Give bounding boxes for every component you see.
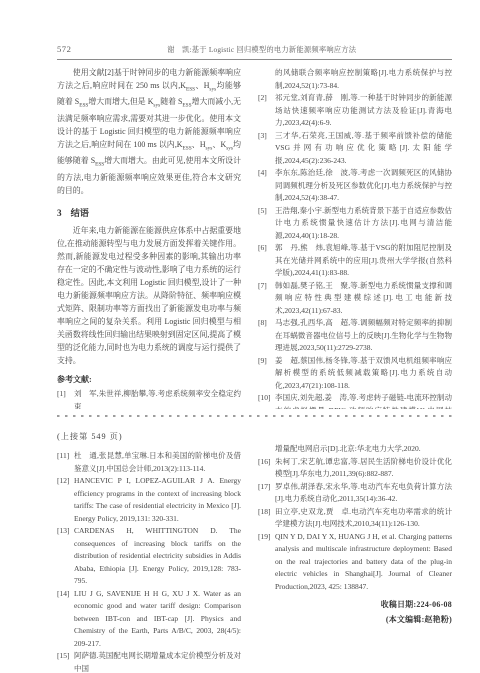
closing-paragraph: 使用文献[2]基于时钟同步的电力新能源频率响应方法之后,响应时间在 250 ms… (57, 67, 241, 197)
continued-from-note: (上接第 549 页) (57, 431, 241, 442)
reference-text: 马志强,孔西华,高 超,等.调频幅频对特定频率的抑制在耳蜗微音器电位信号上的反映… (275, 317, 452, 355)
reference-text: 郭 丹,熊 炜,袁旭峰,等.基于VSG的附加阻尼控制及其在光储并网系统中的应用[… (275, 242, 452, 280)
reference-item: [3] 三才华,石荣亮,王国威,等.基于频率前馈补偿的储能VSG并网有功响应优化… (258, 130, 452, 168)
reference-item: [19] QIN Y D, DAI Y X, HUANG J H, et al.… (258, 531, 452, 594)
reference-text: 三才华,石荣亮,王国威,等.基于频率前馈补偿的储能VSG并网有功响应优化策略[J… (275, 130, 452, 168)
continued-references-section: (上接第 549 页) [11] 杜 通,张昆慧,单宝琳.日本和美国的阶梯电价及… (57, 418, 452, 673)
reference-number: [14] (57, 588, 74, 651)
running-head: 572 谢 凯:基于 Logistic 回归模型的电力新能源频率响应方法 (57, 44, 452, 60)
reference-item: [16] 朱柯丁,宋艺航,谭忠富,等.居民生活阶梯电价设计优化模型[J].华东电… (258, 456, 452, 481)
reference-continuation: 的风储联合频率响应控制策略[J].电力系统保护与控制,2024,52(1):73… (258, 67, 452, 92)
reference-item: [2] 祁元堂,刘育青,薛 刚,等.一种基于时钟同步的新能源场站快速频率响应功能… (258, 92, 452, 130)
reference-text: LIU J G, SAVENIJE H H G, XU J X. Water a… (74, 588, 241, 651)
reference-text: 朱柯丁,宋艺航,谭忠富,等.居民生活阶梯电价设计优化模型[J].华东电力,201… (275, 456, 452, 481)
reference-item: [18] 田立亭,史双龙,贾 卓.电动汽车充电功率需求的统计学建模方法[J].电… (258, 506, 452, 531)
left-column-upper: 使用文献[2]基于时钟同步的电力新能源频率响应方法之后,响应时间在 250 ms… (57, 67, 241, 409)
reference-number: [16] (258, 456, 275, 481)
reference-number: [3] (258, 130, 275, 168)
reference-item: [9] 姜 超,蔡国伟,杨冬锋,等.基于双馈风电机组频率响应解析模型的系统低频减… (258, 355, 452, 393)
reference-number: [6] (258, 242, 275, 280)
reference-number: [18] (258, 506, 275, 531)
reference-text: 罗卓伟,胡泽春,宋永华,等.电动汽车充电负荷计算方法[J].电力系统自动化,20… (275, 481, 452, 506)
reference-text: 韩如磊,樊子铭,王 聚,等.新型电力系统惯量支撑和调频响应特性典型建模综述[J]… (275, 280, 452, 318)
reference-number: [13] (57, 525, 74, 588)
reference-number: [7] (258, 280, 275, 318)
reference-number: [12] (57, 475, 74, 525)
reference-item: [17] 罗卓伟,胡泽春,宋永华,等.电动汽车充电负荷计算方法[J].电力系统自… (258, 481, 452, 506)
reference-item: [6] 郭 丹,熊 炜,袁旭峰,等.基于VSG的附加阻尼控制及其在光储并网系统中… (258, 242, 452, 280)
reference-item: [12] HANCEVIC P I, LOPEZ-AGUILAR J A. En… (57, 475, 241, 525)
received-date: 收稿日期:224-06-08 (258, 598, 452, 613)
right-column-lower: 增量配电网启示[D].北京:华北电力大学,2020. [16] 朱柯丁,宋艺航,… (258, 429, 452, 673)
reference-text: 阿萨德.英国配电网长期增量成本定价模型分析及对中国 (74, 650, 241, 673)
reference-item: [11] 杜 通,张昆慧,单宝琳.日本和美国的阶梯电价及借鉴意义[J].中国总会… (57, 450, 241, 475)
reference-number: [5] (258, 205, 275, 243)
running-title: 谢 凯:基于 Logistic 回归模型的电力新能源频率响应方法 (71, 45, 452, 55)
article-end-section: 使用文献[2]基于时钟同步的电力新能源频率响应方法之后,响应时间在 250 ms… (57, 60, 452, 409)
reference-item: [8] 马志强,孔西华,高 超,等.调频幅频对特定频率的抑制在耳蜗微音器电位信号… (258, 317, 452, 355)
section-number: 3 (57, 208, 62, 218)
page-number: 572 (57, 44, 71, 54)
reference-item: [10] 李国庆,刘先超,姜 涛,等.考虑转子磁链-电流环控制动态的虚拟惯量 D… (258, 392, 452, 409)
conclusion-paragraph: 近年来,电力新能源在能源供应体系中占据重要地位,在推动能源转型与电力发展方面发挥… (57, 225, 241, 367)
reference-number: [4] (258, 167, 275, 205)
reference-text: CARDENAS H, WHITTINGTON D. The consequen… (74, 525, 241, 588)
reference-item: [14] LIU J G, SAVENIJE H H G, XU J X. Wa… (57, 588, 241, 651)
reference-number: [19] (258, 531, 275, 594)
reference-item: [15] 阿萨德.英国配电网长期增量成本定价模型分析及对中国 (57, 650, 241, 673)
right-column-upper: 的风储联合频率响应控制策略[J].电力系统保护与控制,2024,52(1):73… (258, 67, 452, 409)
reference-text: 刘 军,朱世祥,柳胎攀,等.考虑系统频率安全稳定约束 (74, 388, 241, 409)
editor-note: (本文编辑:赵艳粉) (258, 613, 452, 628)
section-title: 结语 (71, 205, 89, 219)
reference-number: [1] (57, 388, 74, 409)
reference-number: [8] (258, 317, 275, 355)
reference-text: 田立亭,史双龙,贾 卓.电动汽车充电功率需求的统计学建模方法[J].电网技术,2… (275, 506, 452, 531)
reference-item: [13] CARDENAS H, WHITTINGTON D. The cons… (57, 525, 241, 588)
references-label: 参考文献: (57, 374, 241, 385)
reference-number: [10] (258, 392, 275, 409)
paper-page: 572 谢 凯:基于 Logistic 回归模型的电力新能源频率响应方法 使用文… (0, 0, 480, 673)
left-column-lower: (上接第 549 页) [11] 杜 通,张昆慧,单宝琳.日本和美国的阶梯电价及… (57, 429, 241, 673)
reference-text: 杜 通,张昆慧,单宝琳.日本和美国的阶梯电价及借鉴意义[J].中国总会计师,20… (74, 450, 241, 475)
reference-number: [17] (258, 481, 275, 506)
reference-text: 李东东,陈治廷,徐 波,等.考虑一次调频死区的风储协同调频机理分析及死区参数优化… (275, 167, 452, 205)
reference-continuation: 增量配电网启示[D].北京:华北电力大学,2020. (258, 443, 452, 456)
reference-text: 姜 超,蔡国伟,杨冬锋,等.基于双馈风电机组频率响应解析模型的系统低频减载策略[… (275, 355, 452, 393)
reference-number: [15] (57, 650, 74, 673)
reference-number: [11] (57, 450, 74, 475)
section-heading: 3 结语 (57, 205, 241, 219)
article-footer: 收稿日期:224-06-08 (本文编辑:赵艳粉) (258, 598, 452, 627)
reference-number: [9] (258, 355, 275, 393)
reference-number: [2] (258, 92, 275, 130)
reference-text: 王浩翔,秦小宇.新型电力系统背景下基于自适应参数估计电力系统惯量快速估计方法[J… (275, 205, 452, 243)
reference-item: [5] 王浩翔,秦小宇.新型电力系统背景下基于自适应参数估计电力系统惯量快速估计… (258, 205, 452, 243)
reference-item: [4] 李东东,陈治廷,徐 波,等.考虑一次调频死区的风储协同调频机理分析及死区… (258, 167, 452, 205)
reference-text: HANCEVIC P I, LOPEZ-AGUILAR J A. Energy … (74, 475, 241, 525)
reference-item: [7] 韩如磊,樊子铭,王 聚,等.新型电力系统惯量支撑和调频响应特性典型建模综… (258, 280, 452, 318)
reference-text: 李国庆,刘先超,姜 涛,等.考虑转子磁链-电流环控制动态的虚拟惯量 DFIG 功… (275, 392, 452, 409)
reference-text: QIN Y D, DAI Y X, HUANG J H, et al. Char… (275, 531, 452, 594)
reference-item: [1] 刘 军,朱世祥,柳胎攀,等.考虑系统频率安全稳定约束 (57, 388, 241, 409)
reference-text: 祁元堂,刘育青,薛 刚,等.一种基于时钟同步的新能源场站快速频率响应功能测试方法… (275, 92, 452, 130)
